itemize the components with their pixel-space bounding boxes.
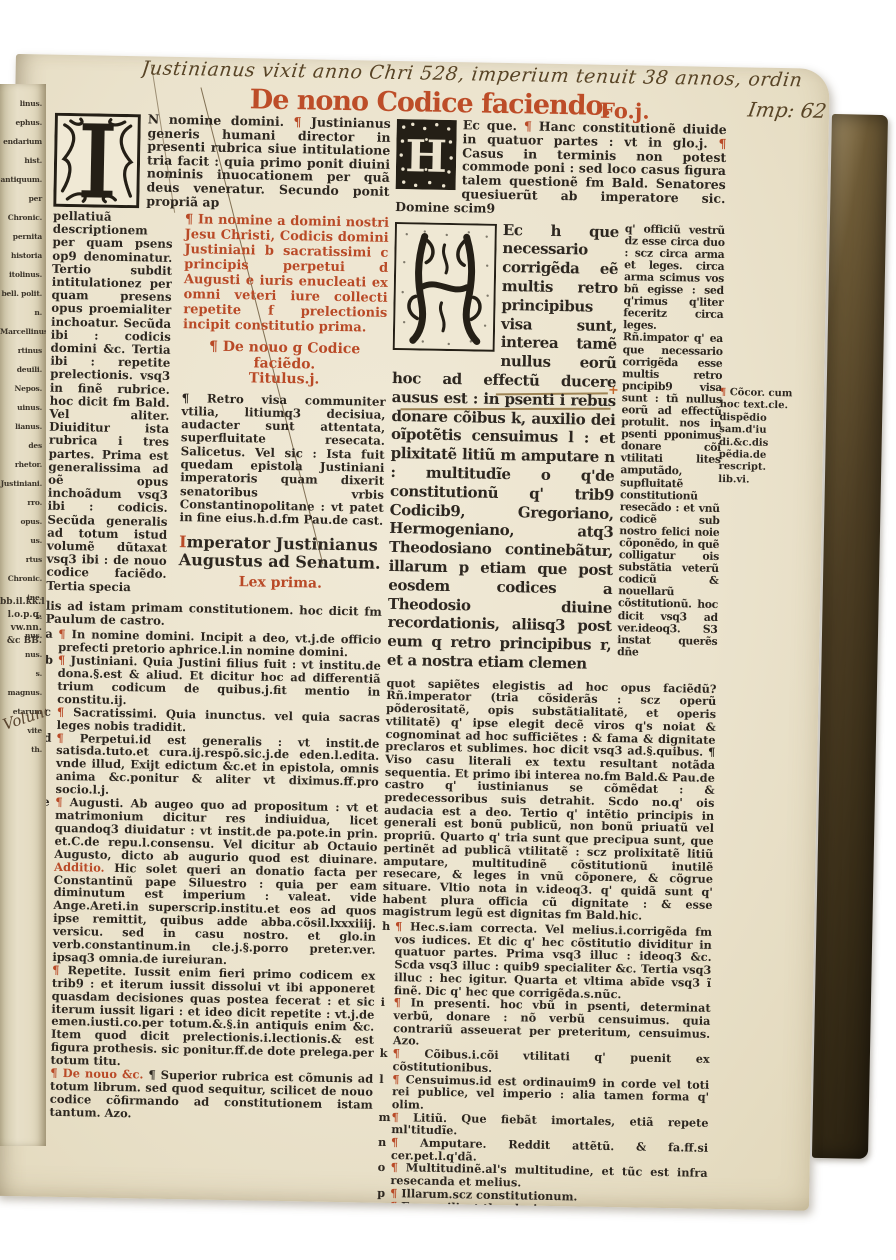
right-column: H Ec que. ¶ Hanc constitutionẽ diuide in… (376, 117, 727, 1211)
gloss-text: Multitudinẽ.al's multitudine, et tũc est… (390, 1161, 707, 1190)
rubric-title-line1: ¶ De nouo g Codice faciẽdo. (182, 339, 387, 374)
gloss-text-continued: Hic solet queri an donatio facta per Con… (52, 860, 377, 967)
text-fragment: us. (0, 531, 42, 550)
gloss-letter: b (45, 654, 53, 667)
gloss-letter: p (377, 1187, 385, 1200)
text-fragment: lianus. (0, 417, 42, 436)
intro-text: Justinianus generis humani director in p… (146, 114, 391, 209)
text-fragment: th. (0, 740, 42, 759)
left-glosses: a¶ In nomine domini. Incipit a deo, vt.j… (37, 628, 382, 1125)
imperator-heading: Imperator Justinianus Augustus ad Senatu… (179, 534, 384, 574)
book-page: Justinianus vixit anno Chri 528, imperiu… (0, 54, 830, 1211)
text-fragment: des rhetor. (0, 436, 42, 474)
text-fragment: Nepos. (0, 379, 42, 398)
left-column: N nomine domini. ¶ Justinianus generis h… (37, 111, 391, 1125)
text-fragment: n. Marcellinus. (0, 303, 42, 341)
gloss-text: Hec.s.iam correcta. Vel melius.i.corrigẽ… (394, 919, 712, 1000)
gloss-row: d¶ Perpetui.id est generalis : vt instit… (55, 731, 379, 801)
gloss-row: f¶ Repetite. Iussit enim fieri primo cod… (50, 964, 375, 1073)
incipit-block: ¶ In nomine a domini nostri Jesu Christi… (178, 212, 389, 599)
woodcut-initial-H-foliate (393, 222, 497, 352)
left-narrow-commentary: pellatiuã descriptionem per quam psens o… (46, 210, 173, 595)
text-fragment: per Chronic. (0, 189, 42, 227)
text-fragment: rro. (0, 493, 42, 512)
text-fragment: endarium hist. (0, 132, 42, 170)
signature-fragment: bb.il.kk.l (0, 596, 42, 609)
handwritten-note: Imp: 62 (746, 97, 828, 122)
rubric-title-line2: Titulus.j. (182, 370, 386, 389)
signature-fragment: l.o.p.q. (0, 609, 42, 622)
gloss-letter: n (378, 1136, 386, 1149)
text-fragment: rtinus deuili. (0, 341, 42, 379)
facing-page-edge: linus.ephus.endarium hist.antiquum.per C… (0, 84, 46, 1146)
text-fragment: uinus. (0, 398, 42, 417)
svg-text:H: H (405, 131, 448, 183)
gloss-text: Justiniani. Quia Justini filius fuit : v… (57, 653, 381, 707)
gloss-text: Litiũ. Que fiebãt imortales, etiã repete… (391, 1110, 708, 1138)
gloss-letter: h (382, 920, 390, 933)
text-fragment: antiquum. (0, 170, 42, 189)
retro-paragraph: ¶ Retro visa communiter vtilia, litiumq3… (179, 392, 385, 529)
text-fragment: Justiniani. (0, 474, 42, 493)
margin-note-text: Cõcor. cum hoc text.cle. dispẽdio sam.d'… (718, 387, 792, 485)
book-photograph: linus.ephus.endarium hist.antiquum.per C… (0, 0, 896, 1260)
woodcut-initial-I (53, 113, 141, 209)
facing-page-text-fragments: linus.ephus.endarium hist.antiquum.per C… (0, 94, 42, 759)
text-fragment: ephus. (0, 113, 42, 132)
gloss-row: e¶ Augusti. Ab augeo quo ad propositum :… (52, 796, 378, 970)
text-fragment: bell. polit. (0, 284, 42, 303)
text-fragment: s. (0, 664, 42, 683)
gloss-letter: k (380, 1047, 388, 1060)
text-fragment: pernita historia (0, 227, 42, 265)
text-fragment: opus. (0, 512, 42, 531)
gloss-row: h¶ Hec.s.iam correcta. Vel melius.i.corr… (394, 920, 712, 1002)
gloss-text: Eum.scilicet theodosium. (401, 1199, 562, 1211)
gloss-letter: i (381, 996, 386, 1009)
gloss-text: In presenti. hoc vbũ in psenti, determin… (393, 996, 711, 1048)
gloss-row: i¶ In presenti. hoc vbũ in psenti, deter… (393, 996, 711, 1053)
text-fragment: itolinus. (0, 265, 42, 284)
printed-marginal-note: ¶ Cõcor. cum hoc text.cle. dispẽdio sam.… (718, 387, 800, 488)
right-glosses: h¶ Hec.s.iam correcta. Vel melius.i.corr… (377, 920, 713, 1211)
text-fragment: rtus Chronic. (0, 550, 42, 588)
gloss-text: Amputare. Reddit attẽtũ. & fa.ff.si cer.… (391, 1136, 708, 1164)
pilcrow: ¶ (390, 1199, 397, 1211)
pilcrow: ¶ (720, 387, 727, 398)
right-split-section: Ec h que necessario corrigẽda eẽ multis … (387, 214, 725, 676)
gloss-text: Sacratissimi. Quia inunctus. vel quia sa… (57, 705, 380, 734)
red-incipit: ¶ In nomine a domini nostri Jesu Christi… (183, 212, 389, 336)
left-intro-paragraph: N nomine domini. ¶ Justinianus generis h… (53, 111, 391, 212)
text-fragment: linus. (0, 94, 42, 113)
left-split-section: pellatiuã descriptionem per quam psens o… (46, 207, 389, 599)
gloss-letter: a (45, 628, 53, 641)
gloss-row: b¶ Justiniani. Quia Justini filius fuit … (57, 654, 381, 712)
gloss-text: Perpetui.id est generalis : vt instit.de… (55, 731, 379, 797)
signature-fragment: &c BB. (0, 635, 42, 648)
lex-prima-rubric: Lex prima. (178, 574, 382, 594)
gloss-letter: o (378, 1161, 386, 1174)
facing-page-signature-fragments: bb.il.kk.ll.o.p.q.vw.nn.&c BB. (0, 596, 42, 648)
gloss-text: Cõibus.i.cõi vtilitati q' puenit ex cõst… (392, 1047, 709, 1075)
woodcut-initial-H-crible: H (396, 119, 457, 190)
right-bottom-paragraph: quot sapiẽtes elegistis ad hoc opus faci… (382, 677, 716, 924)
gloss-row: g¶ De nouo &c. ¶ Superior rubrica est cõ… (49, 1067, 373, 1125)
heading-text: mperator Justinianus Augustus ad Senatum… (179, 533, 381, 574)
right-side-commentary: q' officiũ vestrũ dz esse circa duo : sc… (617, 223, 725, 676)
gloss-text: Censuimus.id est ordinauim9 in corde vel… (392, 1072, 710, 1112)
gloss-letter: m (378, 1110, 390, 1123)
gloss-text: Augusti. Ab augeo quo ad propositum : vt… (54, 795, 378, 866)
right-intro-paragraph: H Ec que. ¶ Hanc constitutionẽ diuide in… (395, 117, 727, 220)
gloss-text: Repetite. Iussit enim fieri primo codice… (50, 963, 375, 1068)
textus-paragraph: Ec h que necessario corrigẽda eẽ multis … (387, 219, 619, 674)
signature-fragment: vw.nn. (0, 622, 42, 635)
gloss-letter: q (377, 1199, 385, 1210)
text-fragment: magnus. (0, 683, 42, 702)
gloss-letter: l (379, 1072, 384, 1085)
